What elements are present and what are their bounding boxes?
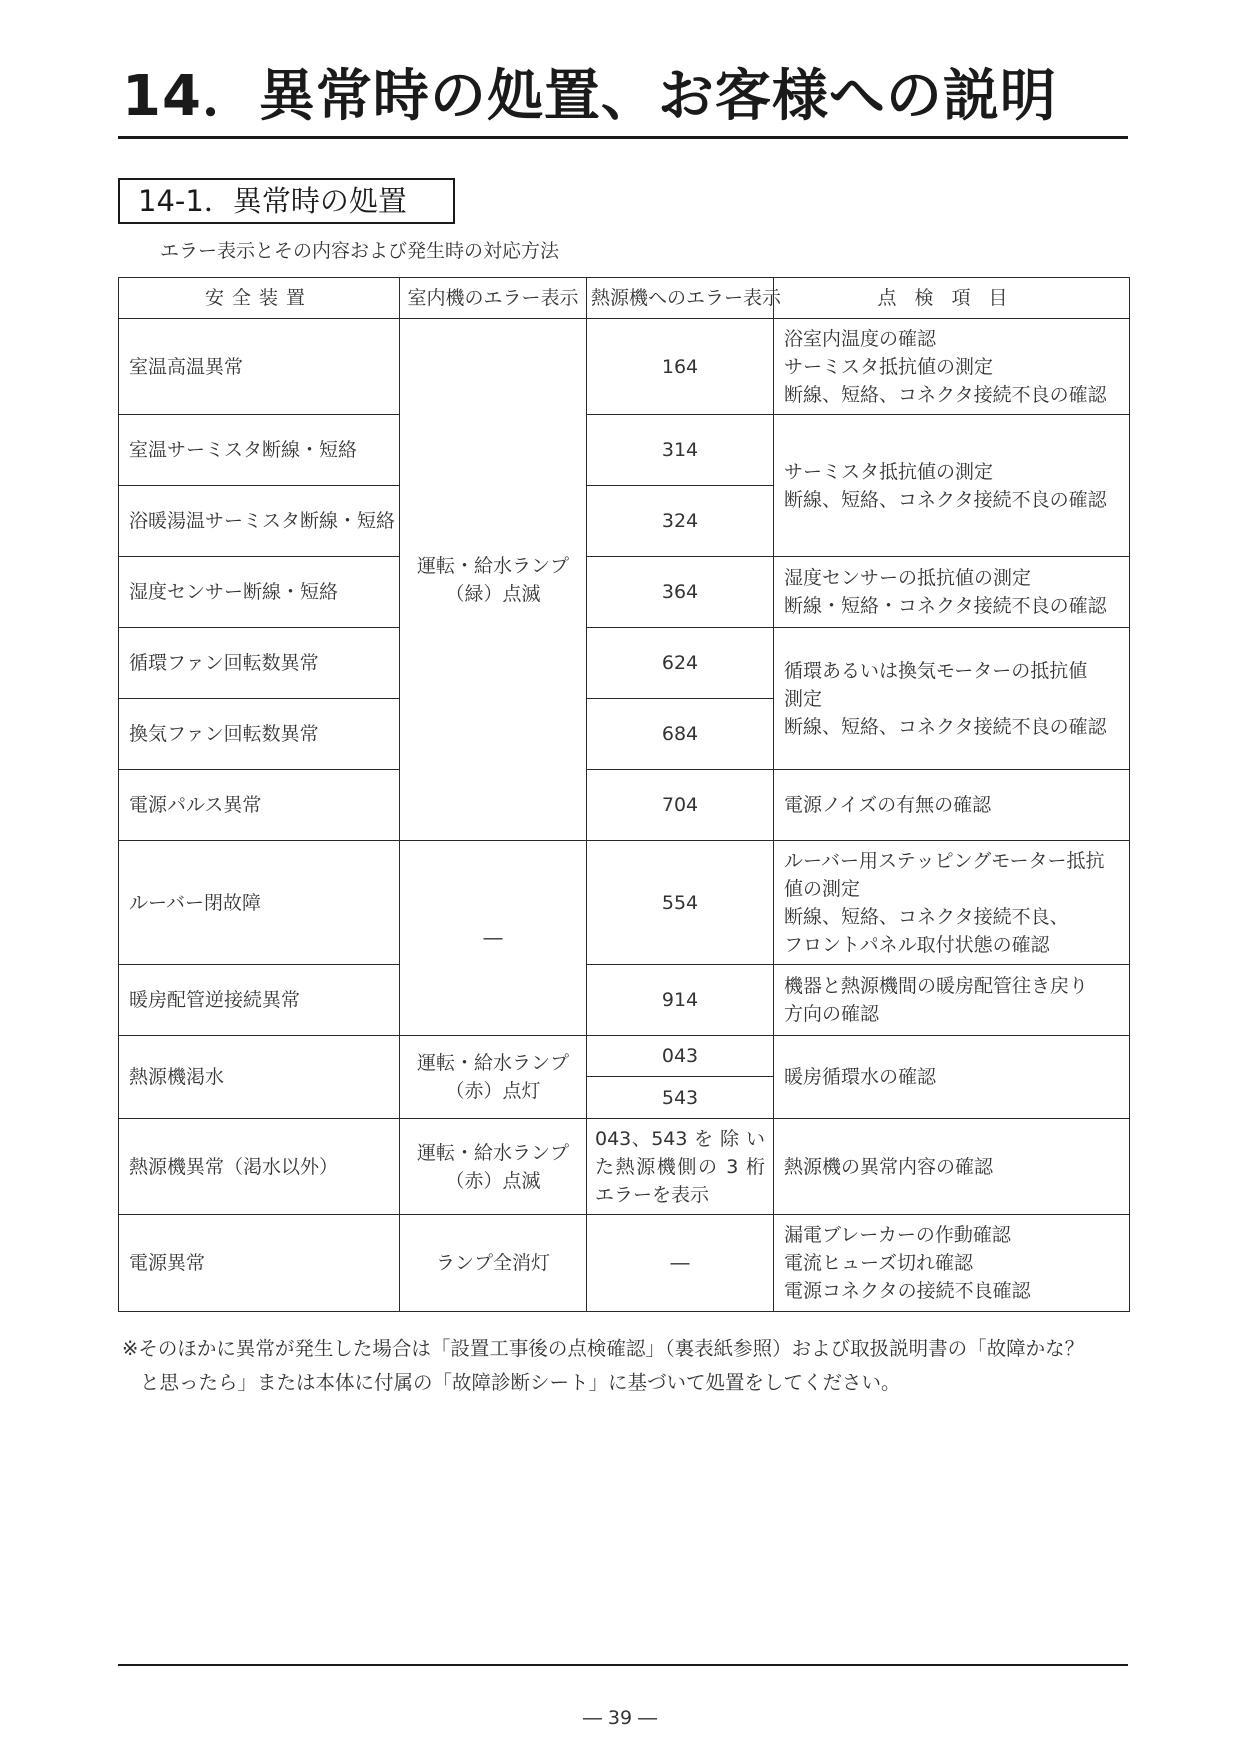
error-code-cell: 914 — [587, 965, 774, 1036]
device-cell: 室温高温異常 — [119, 319, 400, 415]
device-cell: 循環ファン回転数異常 — [119, 628, 400, 699]
error-code-cell: 043 — [587, 1036, 774, 1077]
section-heading-box: 14-1．異常時の処置 — [118, 178, 455, 224]
table-row: 熱源機異常（渇水以外） 運転・給水ランプ （赤）点滅 043、543 を 除 い… — [119, 1119, 1130, 1215]
check-items-cell: 循環あるいは換気モーターの抵抗値 測定 断線、短絡、コネクタ接続不良の確認 — [774, 628, 1130, 770]
table-row: ルーバー閉故障 ― 554 ルーバー用ステッピングモーター抵抗 値の測定 断線、… — [119, 841, 1130, 965]
table-row: 電源パルス異常 704 電源ノイズの有無の確認 — [119, 770, 1130, 841]
footnote: ※そのほかに異常が発生した場合は「設置工事後の点検確認」（裏表紙参照）および取扱… — [122, 1332, 1132, 1400]
page-number: ― 39 ― — [0, 1707, 1240, 1729]
check-items-cell: 機器と熱源機間の暖房配管往き戻り 方向の確認 — [774, 965, 1130, 1036]
device-cell: 換気ファン回転数異常 — [119, 699, 400, 770]
device-cell: 浴暖湯温サーミスタ断線・短絡 — [119, 486, 400, 557]
table-row: 湿度センサー断線・短絡 364 湿度センサーの抵抗値の測定 断線・短絡・コネクタ… — [119, 557, 1130, 628]
error-code-cell: 164 — [587, 319, 774, 415]
check-items-cell: ルーバー用ステッピングモーター抵抗 値の測定 断線、短絡、コネクタ接続不良、 フ… — [774, 841, 1130, 965]
device-cell: 熱源機異常（渇水以外） — [119, 1119, 400, 1215]
error-code-cell: 543 — [587, 1077, 774, 1119]
error-code-cell: 554 — [587, 841, 774, 965]
table-row: 熱源機渇水 運転・給水ランプ （赤）点灯 043 暖房循環水の確認 — [119, 1036, 1130, 1077]
indoor-display-cell: ランプ全消灯 — [400, 1215, 587, 1312]
check-items-cell: 浴室内温度の確認 サーミスタ抵抗値の測定 断線、短絡、コネクタ接続不良の確認 — [774, 319, 1130, 415]
error-code-cell: 684 — [587, 699, 774, 770]
error-code-cell: 704 — [587, 770, 774, 841]
table-row: 電源異常 ランプ全消灯 ― 漏電ブレーカーの作動確認 電流ヒューズ切れ確認 電源… — [119, 1215, 1130, 1312]
check-items-cell: 熱源機の異常内容の確認 — [774, 1119, 1130, 1215]
check-items-cell: 湿度センサーの抵抗値の測定 断線・短絡・コネクタ接続不良の確認 — [774, 557, 1130, 628]
table-row: 室温高温異常 運転・給水ランプ （緑）点滅 164 浴室内温度の確認 サーミスタ… — [119, 319, 1130, 415]
check-items-cell: 漏電ブレーカーの作動確認 電流ヒューズ切れ確認 電源コネクタの接続不良確認 — [774, 1215, 1130, 1312]
header-heatsource-error: 熱源機へのエラー表示 — [587, 278, 774, 319]
device-cell: 湿度センサー断線・短絡 — [119, 557, 400, 628]
header-safety-device: 安全装置 — [119, 278, 400, 319]
table-row: 循環ファン回転数異常 624 循環あるいは換気モーターの抵抗値 測定 断線、短絡… — [119, 628, 1130, 699]
footnote-line-1: ※そのほかに異常が発生した場合は「設置工事後の点検確認」（裏表紙参照）および取扱… — [122, 1332, 1132, 1366]
footnote-line-2: と思ったら」または本体に付属の「故障診断シート」に基づいて処置をしてください。 — [122, 1366, 1132, 1400]
device-cell: 電源パルス異常 — [119, 770, 400, 841]
check-items-cell: 電源ノイズの有無の確認 — [774, 770, 1130, 841]
error-code-cell: 324 — [587, 486, 774, 557]
header-indoor-error: 室内機のエラー表示 — [400, 278, 587, 319]
page-title: 14．異常時の処置、お客様への説明 — [122, 62, 1057, 132]
device-cell: 電源異常 — [119, 1215, 400, 1312]
error-code-cell: 364 — [587, 557, 774, 628]
footer-divider — [118, 1664, 1128, 1666]
device-cell: 暖房配管逆接続異常 — [119, 965, 400, 1036]
indoor-display-cell: 運転・給水ランプ （赤）点滅 — [400, 1119, 587, 1215]
error-table: 安全装置 室内機のエラー表示 熱源機へのエラー表示 点検項目 室温高温異常 運転… — [118, 277, 1130, 1312]
indoor-display-cell: ― — [400, 841, 587, 1036]
section-title: 14-1．異常時の処置 — [138, 180, 407, 222]
device-cell: 熱源機渇水 — [119, 1036, 400, 1119]
table-header-row: 安全装置 室内機のエラー表示 熱源機へのエラー表示 点検項目 — [119, 278, 1130, 319]
table-caption: エラー表示とその内容および発生時の対応方法 — [160, 236, 559, 263]
check-items-cell: サーミスタ抵抗値の測定 断線、短絡、コネクタ接続不良の確認 — [774, 415, 1130, 557]
header-check-items: 点検項目 — [774, 278, 1130, 319]
table-row: 室温サーミスタ断線・短絡 314 サーミスタ抵抗値の測定 断線、短絡、コネクタ接… — [119, 415, 1130, 486]
check-items-cell: 暖房循環水の確認 — [774, 1036, 1130, 1119]
device-cell: 室温サーミスタ断線・短絡 — [119, 415, 400, 486]
indoor-display-cell: 運転・給水ランプ （緑）点滅 — [400, 319, 587, 841]
title-underline — [118, 136, 1128, 139]
error-code-cell: ― — [587, 1215, 774, 1312]
error-code-cell: 043、543 を 除 い た熱源機側の 3 桁 エラーを表示 — [587, 1119, 774, 1215]
error-code-cell: 624 — [587, 628, 774, 699]
error-code-cell: 314 — [587, 415, 774, 486]
table-row: 暖房配管逆接続異常 914 機器と熱源機間の暖房配管往き戻り 方向の確認 — [119, 965, 1130, 1036]
device-cell: ルーバー閉故障 — [119, 841, 400, 965]
indoor-display-cell: 運転・給水ランプ （赤）点灯 — [400, 1036, 587, 1119]
